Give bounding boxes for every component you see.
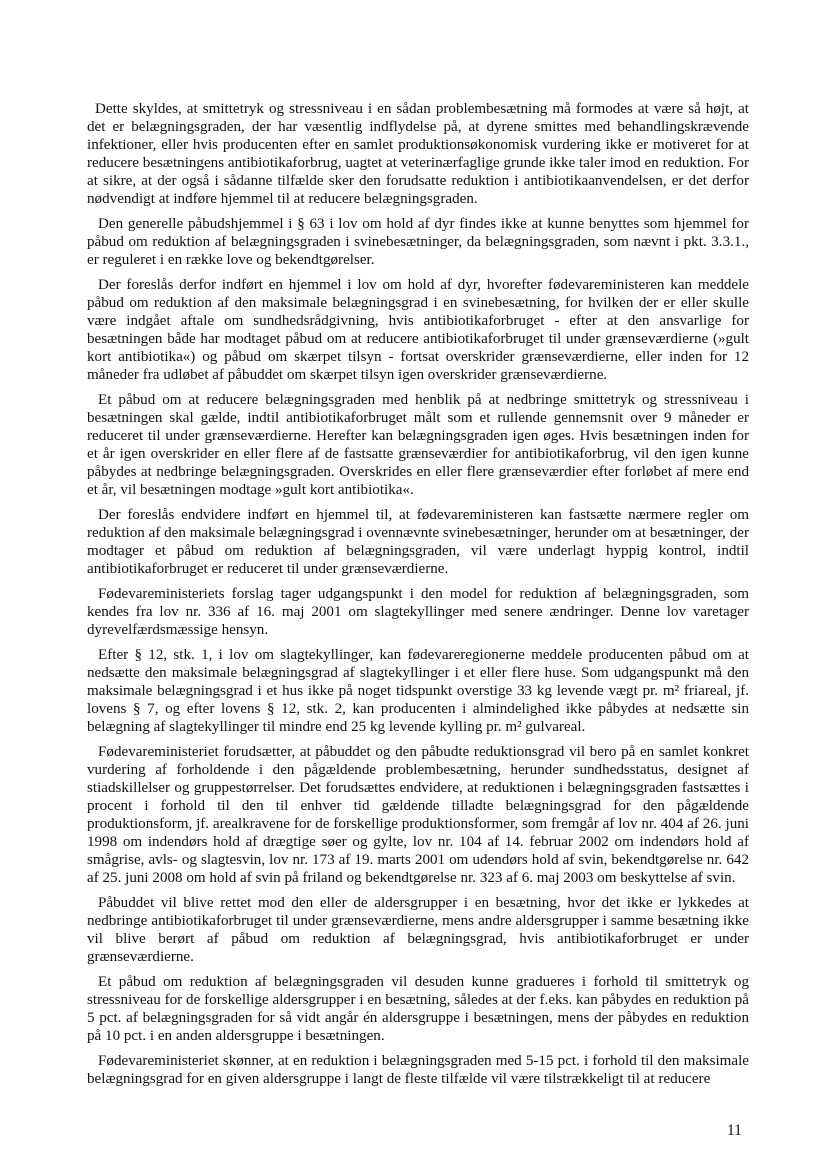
paragraph: Der foreslås endvidere indført en hjemme… <box>87 506 749 578</box>
paragraph: Et påbud om reduktion af belægningsgrade… <box>87 973 749 1045</box>
document-body: Dette skyldes, at smittetryk og stressni… <box>87 100 749 1094</box>
paragraph: Fødevareministeriet skønner, at en reduk… <box>87 1052 749 1088</box>
paragraph: Efter § 12, stk. 1, i lov om slagtekylli… <box>87 646 749 736</box>
paragraph: Den generelle påbudshjemmel i § 63 i lov… <box>87 215 749 269</box>
paragraph: Fødevareministeriets forslag tager udgan… <box>87 585 749 639</box>
paragraph: Påbuddet vil blive rettet mod den eller … <box>87 894 749 966</box>
paragraph: Der foreslås derfor indført en hjemmel i… <box>87 276 749 385</box>
paragraph: Fødevareministeriet forudsætter, at påbu… <box>87 743 749 888</box>
paragraph: Dette skyldes, at smittetryk og stressni… <box>87 100 749 209</box>
page-number: 11 <box>727 1122 742 1140</box>
paragraph: Et påbud om at reducere belægningsgraden… <box>87 391 749 500</box>
